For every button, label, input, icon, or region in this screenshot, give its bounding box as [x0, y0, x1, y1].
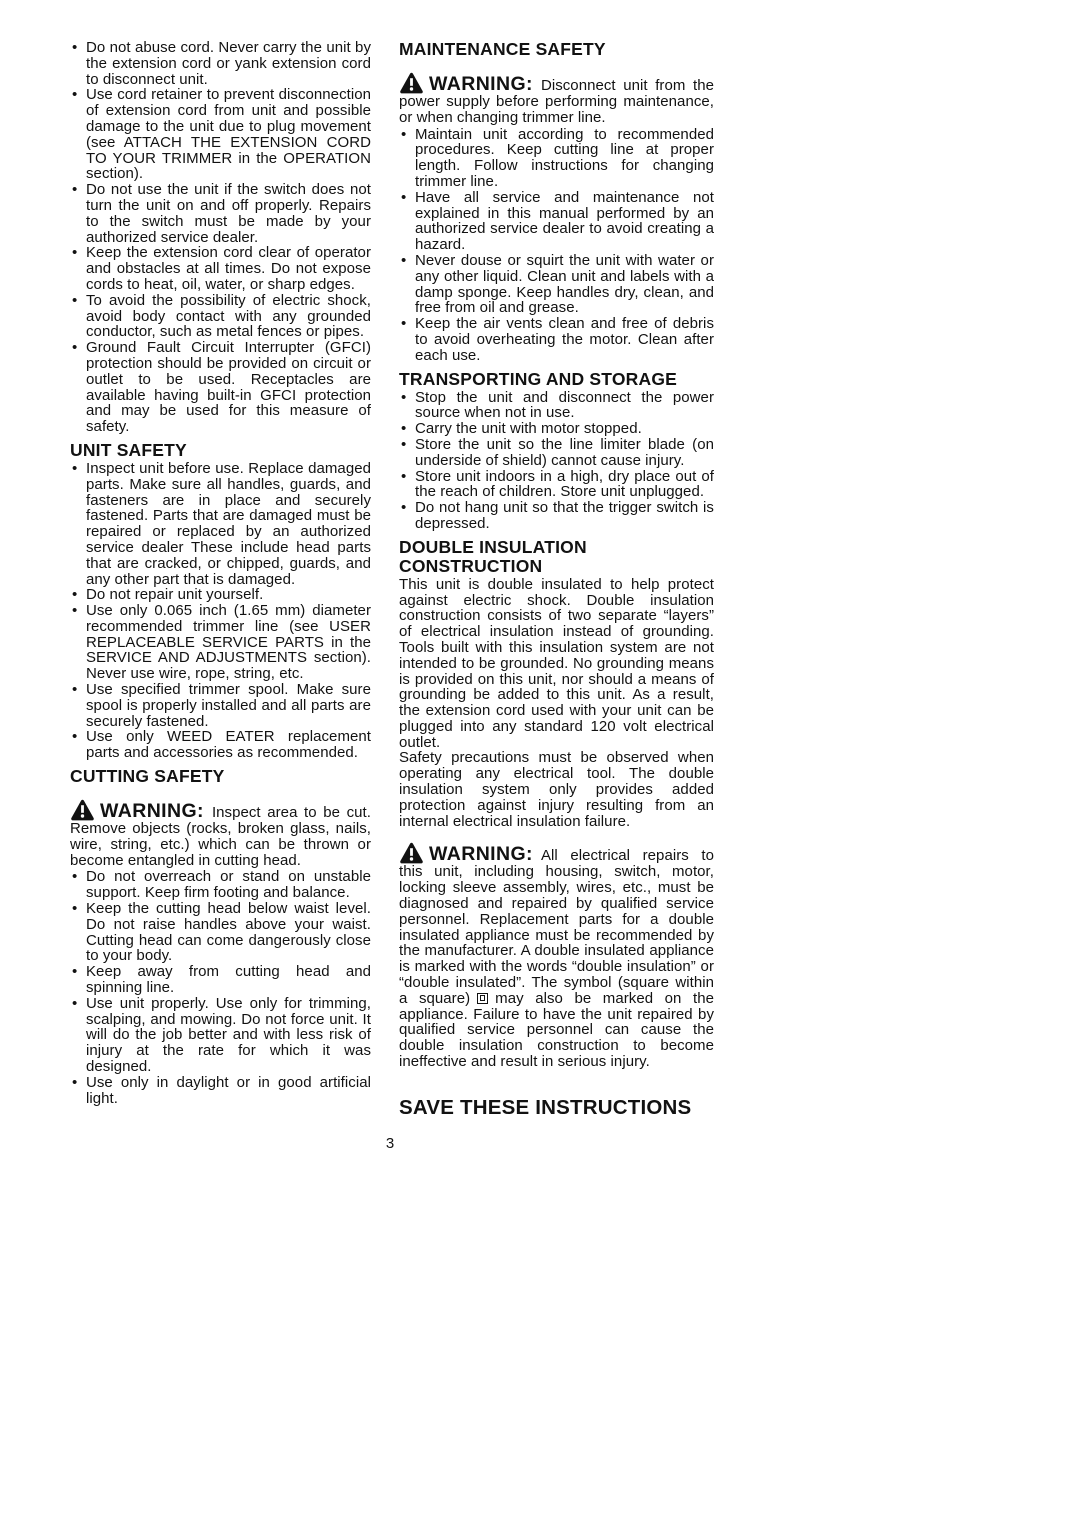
warning-text: All electrical repairs to this unit, inc…	[399, 847, 714, 1006]
bullet-item: To avoid the possibility of electric sho…	[70, 293, 371, 340]
section-heading-transporting-storage: TRANSPORTING AND STORAGE	[399, 370, 714, 389]
bullet-item: Store the unit so the line limiter blade…	[399, 437, 714, 469]
maintenance-safety-list: Maintain unit according to recommended p…	[399, 127, 714, 364]
bullet-item: Ground Fault Circuit Interrupter (GFCI) …	[70, 340, 371, 435]
bullet-item: Store unit indoors in a high, dry place …	[399, 469, 714, 501]
square-within-square-icon	[477, 993, 488, 1004]
section-heading-unit-safety: UNIT SAFETY	[70, 441, 371, 460]
left-column: Do not abuse cord. Never carry the unit …	[70, 40, 371, 1106]
bullet-item: Carry the unit with motor stopped.	[399, 421, 714, 437]
warning-icon	[399, 842, 429, 864]
bullet-item: Have all service and maintenance not exp…	[399, 190, 714, 253]
bullet-item: Do not repair unit yourself.	[70, 587, 371, 603]
section-heading-maintenance-safety: MAINTENANCE SAFETY	[399, 40, 714, 59]
bullet-item: Keep the air vents clean and free of deb…	[399, 316, 714, 363]
maintenance-safety-warning: WARNING:Disconnect unit from the power s…	[399, 72, 714, 126]
bullet-item: Use unit properly. Use only for trimming…	[70, 996, 371, 1075]
bullet-item: Never douse or squirt the unit with wate…	[399, 253, 714, 316]
right-column: MAINTENANCE SAFETY WARNING:Disconnect un…	[399, 40, 714, 1119]
warning-label: WARNING:	[100, 800, 204, 822]
bullet-item: Do not hang unit so that the trigger swi…	[399, 500, 714, 532]
bullet-item: Keep away from cutting head and spinning…	[70, 964, 371, 996]
manual-page: Do not abuse cord. Never carry the unit …	[0, 0, 1080, 1526]
warning-icon	[399, 72, 429, 94]
cutting-safety-warning: WARNING:Inspect area to be cut. Remove o…	[70, 799, 371, 868]
warning-label: WARNING:	[429, 843, 533, 865]
cutting-safety-list: Do not overreach or stand on unstable su…	[70, 869, 371, 1106]
bullet-item: Do not overreach or stand on unstable su…	[70, 869, 371, 901]
bullet-item: Use cord retainer to prevent disconnecti…	[70, 87, 371, 182]
bullet-item: Keep the extension cord clear of operato…	[70, 245, 371, 292]
bullet-item: Stop the unit and disconnect the power s…	[399, 390, 714, 422]
warning-icon	[70, 799, 100, 821]
save-these-instructions-heading: SAVE THESE INSTRUCTIONS	[399, 1097, 714, 1119]
unit-safety-list: Inspect unit before use. Replace damaged…	[70, 461, 371, 761]
transporting-storage-list: Stop the unit and disconnect the power s…	[399, 390, 714, 532]
page-number: 3	[70, 1135, 710, 1152]
bullet-item: Maintain unit according to recommended p…	[399, 127, 714, 190]
bullet-item: Inspect unit before use. Replace damaged…	[70, 461, 371, 587]
section-heading-cutting-safety: CUTTING SAFETY	[70, 767, 371, 786]
bullet-item: Do not use the unit if the switch does n…	[70, 182, 371, 245]
double-insulation-paragraph: Safety precautions must be observed when…	[399, 750, 714, 829]
double-insulation-paragraph: This unit is double insulated to help pr…	[399, 577, 714, 751]
bullet-item: Do not abuse cord. Never carry the unit …	[70, 40, 371, 87]
cord-safety-list: Do not abuse cord. Never carry the unit …	[70, 40, 371, 435]
bullet-item: Keep the cutting head below waist level.…	[70, 901, 371, 964]
bullet-item: Use only in daylight or in good artifici…	[70, 1075, 371, 1107]
double-insulation-warning: WARNING:All electrical repairs to this u…	[399, 842, 714, 1069]
bullet-item: Use only 0.065 inch (1.65 mm) diameter r…	[70, 603, 371, 682]
warning-label: WARNING:	[429, 73, 533, 95]
bullet-item: Use only WEED EATER replacement parts an…	[70, 729, 371, 761]
bullet-item: Use specified trimmer spool. Make sure s…	[70, 682, 371, 729]
section-heading-double-insulation: DOUBLE INSULATION CONSTRUCTION	[399, 538, 634, 576]
